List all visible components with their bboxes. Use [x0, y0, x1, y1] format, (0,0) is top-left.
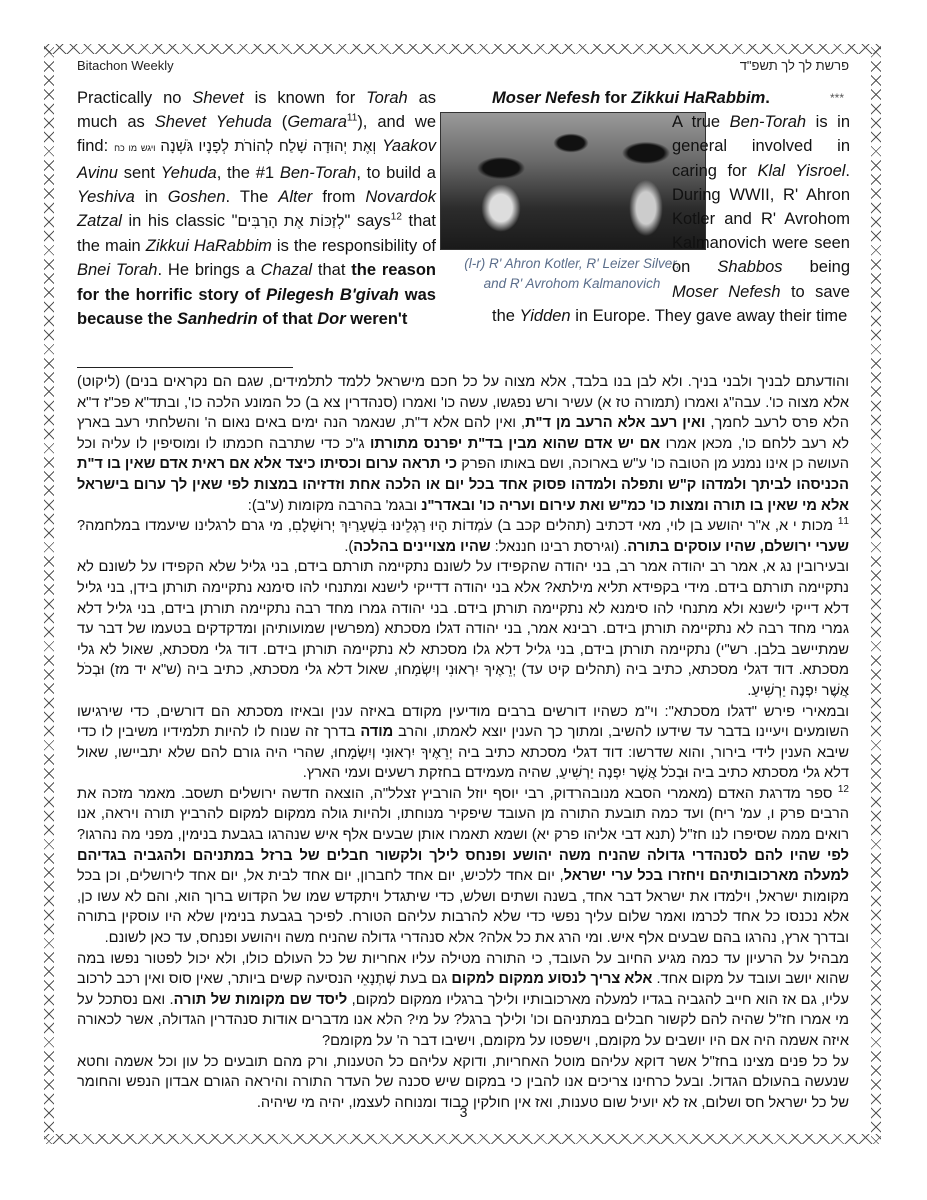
footnote-11: 11 מכות י א, א"ר יהושע בן לוי, מאי דכתיב… — [77, 516, 849, 557]
photo-caption: (l-r) R' Ahron Kotler, R' Leizer Silver,… — [440, 254, 704, 294]
footnote-12: 12 ספר מדרגת האדם (מאמרי הסבא מנובהרדוק,… — [77, 784, 849, 949]
left-column: Practically no Shevet is known for Torah… — [77, 86, 436, 331]
hebrew-book-title: לְזַכּוֹת אֶת הָרַבִּים — [237, 213, 344, 230]
footnotes-section: והודעתם לבניך ולבני בניך. ולא לבן בנו בל… — [77, 372, 849, 1113]
footnote-number-12: 12 — [838, 784, 849, 795]
photo-figure: (l-r) R' Ahron Kotler, R' Leizer Silver,… — [440, 112, 662, 294]
historical-photo — [440, 112, 706, 250]
page-number: 3 — [0, 1104, 927, 1120]
footnote-12-paragraph-2: מבהיל על הרעיון עד כמה מגיע החיוב על העו… — [77, 949, 849, 1052]
section-heading: Moser Nefesh for Zikkui HaRabbim. *** — [492, 86, 850, 110]
parsha-title: פרשת לך לך תשפ"ד — [740, 58, 849, 73]
hebrew-quote: וְאֶת יְהוּדָה שָׁלַח לְהוֹרֹת לְפָנָיו … — [114, 139, 376, 154]
publication-title: Bitachon Weekly — [77, 58, 174, 73]
right-column: Moser Nefesh for Zikkui HaRabbim. *** (l… — [492, 86, 850, 328]
footnote-11-paragraph-2: ובעירובין נג א, אמר רב יהודה אמר רב, בני… — [77, 557, 849, 701]
section-divider-stars: *** — [830, 86, 850, 110]
footnote-separator — [77, 367, 293, 368]
footnote-ref-11[interactable]: 11 — [347, 113, 357, 124]
footnote-number-11: 11 — [838, 516, 849, 527]
footnote-ref-12[interactable]: 12 — [391, 212, 402, 223]
footnote-continuation: והודעתם לבניך ולבני בניך. ולא לבן בנו בל… — [77, 372, 849, 516]
footnote-11-paragraph-3: ובמאירי פירש "דגלו מסכתא": וי"מ כשהיו דו… — [77, 702, 849, 784]
